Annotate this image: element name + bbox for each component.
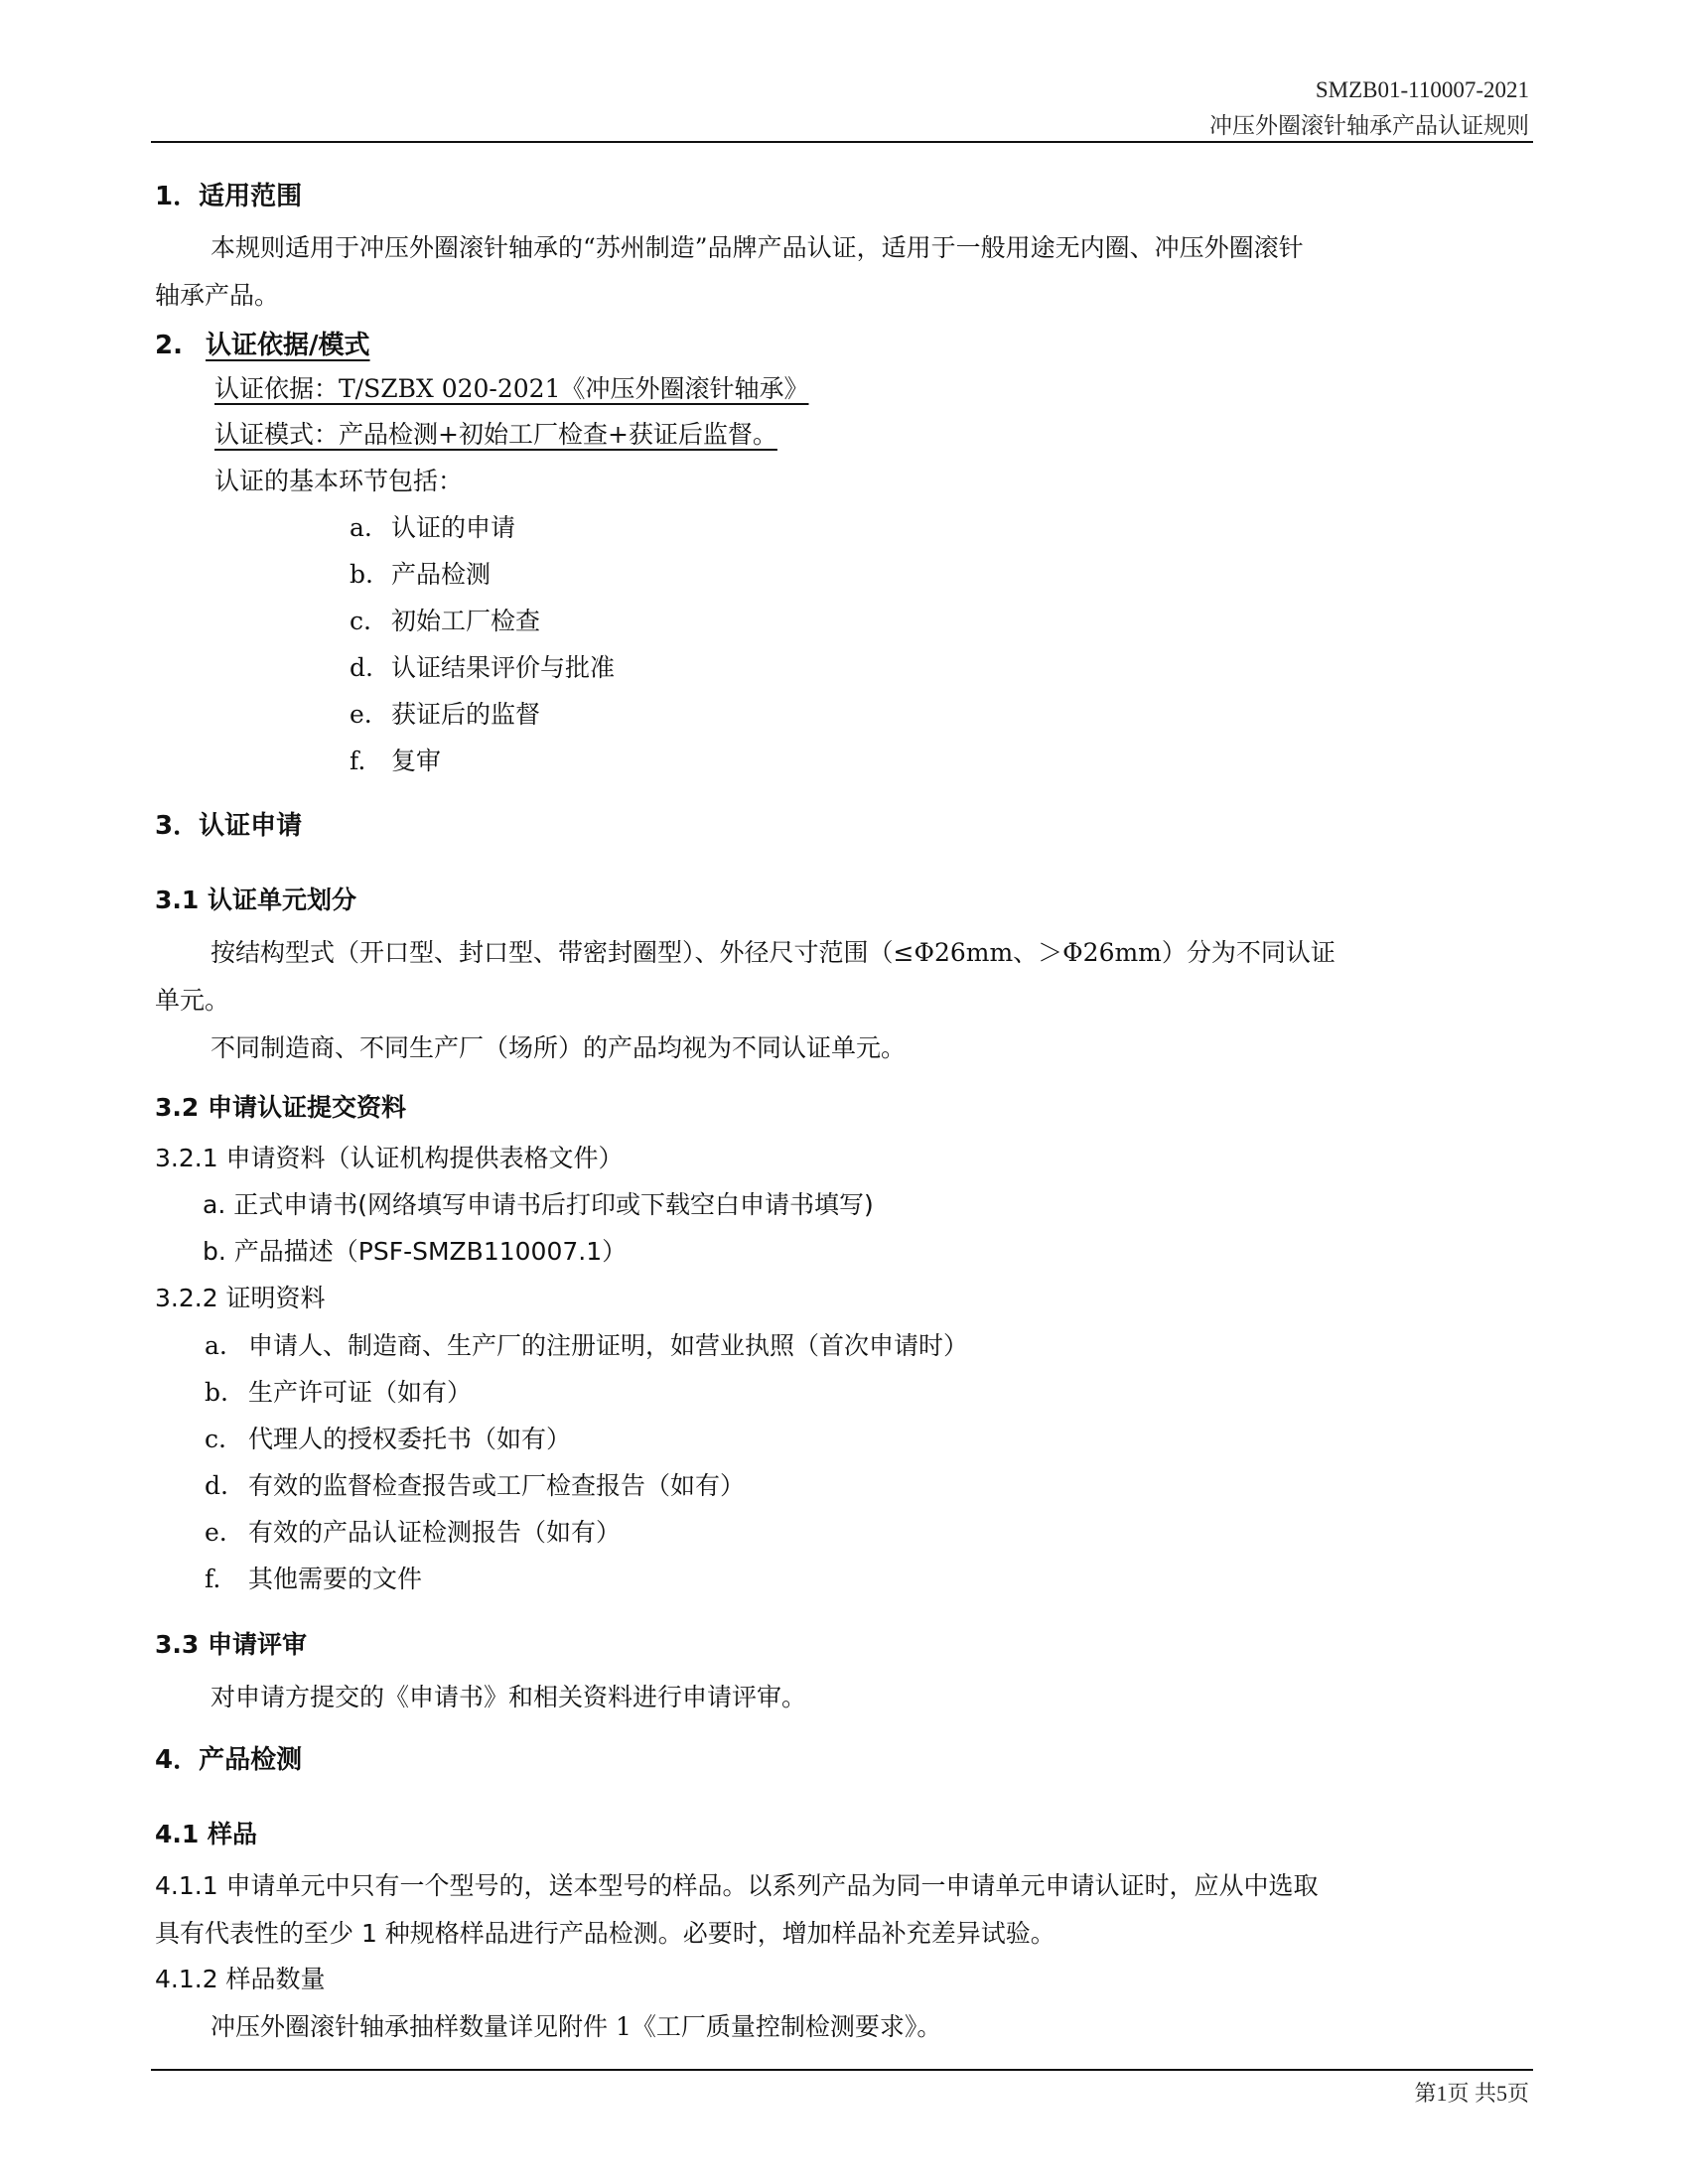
step-item: c.初始工厂检查 xyxy=(350,602,540,637)
step-marker: f. xyxy=(350,747,391,775)
step-marker: b. xyxy=(350,560,391,589)
proof-marker: b. xyxy=(205,1378,248,1407)
proof-item: d.有效的监督检查报告或工厂检查报告（如有） xyxy=(205,1466,745,1502)
proof-marker: f. xyxy=(205,1565,248,1593)
proof-item: f.其他需要的文件 xyxy=(205,1560,422,1595)
section-3-1-para1-line2: 单元。 xyxy=(155,981,229,1017)
step-item: f.复审 xyxy=(350,742,441,777)
footer-divider xyxy=(151,2069,1533,2071)
step-text: 获证后的监督 xyxy=(391,700,540,729)
section-4-title: 4．产品检测 xyxy=(155,1739,302,1776)
section-4-1-title: 4.1 样品 xyxy=(155,1815,257,1850)
step-marker: d. xyxy=(350,653,391,682)
step-item: a.认证的申请 xyxy=(350,508,515,544)
step-item: e.获证后的监督 xyxy=(350,695,540,731)
step-text: 初始工厂检查 xyxy=(391,607,540,635)
step-item: d.认证结果评价与批准 xyxy=(350,648,615,684)
section-3-title: 3．认证申请 xyxy=(155,805,302,842)
step-text: 认证结果评价与批准 xyxy=(391,653,615,682)
proof-item: e.有效的产品认证检测报告（如有） xyxy=(205,1513,621,1549)
steps-intro: 认证的基本环节包括： xyxy=(214,462,463,497)
section-3-3-para: 对申请方提交的《申请书》和相关资料进行申请评审。 xyxy=(211,1678,806,1713)
step-text: 复审 xyxy=(391,747,441,775)
application-item: b. 产品描述（PSF-SMZB110007.1） xyxy=(203,1232,627,1268)
section-3-1-para2: 不同制造商、不同生产厂（场所）的产品均视为不同认证单元。 xyxy=(211,1028,906,1064)
proof-text: 其他需要的文件 xyxy=(248,1565,422,1593)
proof-text: 申请人、制造商、生产厂的注册证明，如营业执照（首次申请时） xyxy=(248,1331,968,1360)
proof-text: 有效的监督检查报告或工厂检查报告（如有） xyxy=(248,1471,745,1500)
step-text: 认证的申请 xyxy=(391,513,515,542)
document-title: 冲压外圈滚针轴承产品认证规则 xyxy=(1209,107,1529,140)
proof-item: c.代理人的授权委托书（如有） xyxy=(205,1420,571,1455)
step-item: b.产品检测 xyxy=(350,555,491,591)
section-3-1-title: 3.1 认证单元划分 xyxy=(155,881,356,916)
proof-text: 代理人的授权委托书（如有） xyxy=(248,1425,571,1453)
proof-text: 有效的产品认证检测报告（如有） xyxy=(248,1518,621,1547)
page-number: 第1页 共5页 xyxy=(1414,2077,1529,2108)
certification-mode: 认证模式：产品检测+初始工厂检查+获证后监督。 xyxy=(214,415,777,451)
section-3-1-para1-line1: 按结构型式（开口型、封口型、带密封圈型）、外径尺寸范围（≤Φ26mm、＞Φ26m… xyxy=(211,933,1336,969)
section-1-paragraph-line1: 本规则适用于冲压外圈滚针轴承的“苏州制造”品牌产品认证，适用于一般用途无内圈、冲… xyxy=(211,228,1304,264)
section-4-1-1-line1: 4.1.1 申请单元中只有一个型号的，送本型号的样品。以系列产品为同一申请单元申… xyxy=(155,1866,1319,1902)
section-2-heading: 2. 认证依据/模式 xyxy=(155,325,370,361)
section-3-3-title: 3.3 申请评审 xyxy=(155,1625,307,1661)
section-3-2-2-title: 3.2.2 证明资料 xyxy=(155,1279,326,1314)
step-marker: e. xyxy=(350,700,391,729)
certification-basis: 认证依据：T/SZBX 020-2021《冲压外圈滚针轴承》 xyxy=(214,369,809,405)
section-4-1-2-title: 4.1.2 样品数量 xyxy=(155,1960,326,1995)
section-2-title: 认证依据/模式 xyxy=(206,331,370,360)
step-marker: a. xyxy=(350,513,391,542)
section-1-title: 1．适用范围 xyxy=(155,176,302,212)
proof-marker: c. xyxy=(205,1425,248,1453)
proof-item: a.申请人、制造商、生产厂的注册证明，如营业执照（首次申请时） xyxy=(205,1326,968,1362)
section-4-1-1-line2: 具有代表性的至少 1 种规格样品进行产品检测。必要时，增加样品补充差异试验。 xyxy=(155,1914,1055,1950)
section-1-paragraph-line2: 轴承产品。 xyxy=(155,276,279,312)
section-2-number: 2. xyxy=(155,331,183,360)
section-4-1-2-para: 冲压外圈滚针轴承抽样数量详见附件 1《工厂质量控制检测要求》。 xyxy=(211,2007,941,2043)
document-code: SMZB01-110007-2021 xyxy=(1316,77,1529,103)
header-divider xyxy=(151,141,1533,143)
proof-marker: e. xyxy=(205,1518,248,1547)
step-marker: c. xyxy=(350,607,391,635)
section-3-2-1-title: 3.2.1 申请资料（认证机构提供表格文件） xyxy=(155,1139,624,1174)
proof-text: 生产许可证（如有） xyxy=(248,1378,472,1407)
proof-marker: d. xyxy=(205,1471,248,1500)
step-text: 产品检测 xyxy=(391,560,491,589)
section-3-2-title: 3.2 申请认证提交资料 xyxy=(155,1088,406,1124)
proof-item: b.生产许可证（如有） xyxy=(205,1373,472,1409)
application-item: a. 正式申请书(网络填写申请书后打印或下载空白申请书填写) xyxy=(203,1185,874,1221)
proof-marker: a. xyxy=(205,1331,248,1360)
